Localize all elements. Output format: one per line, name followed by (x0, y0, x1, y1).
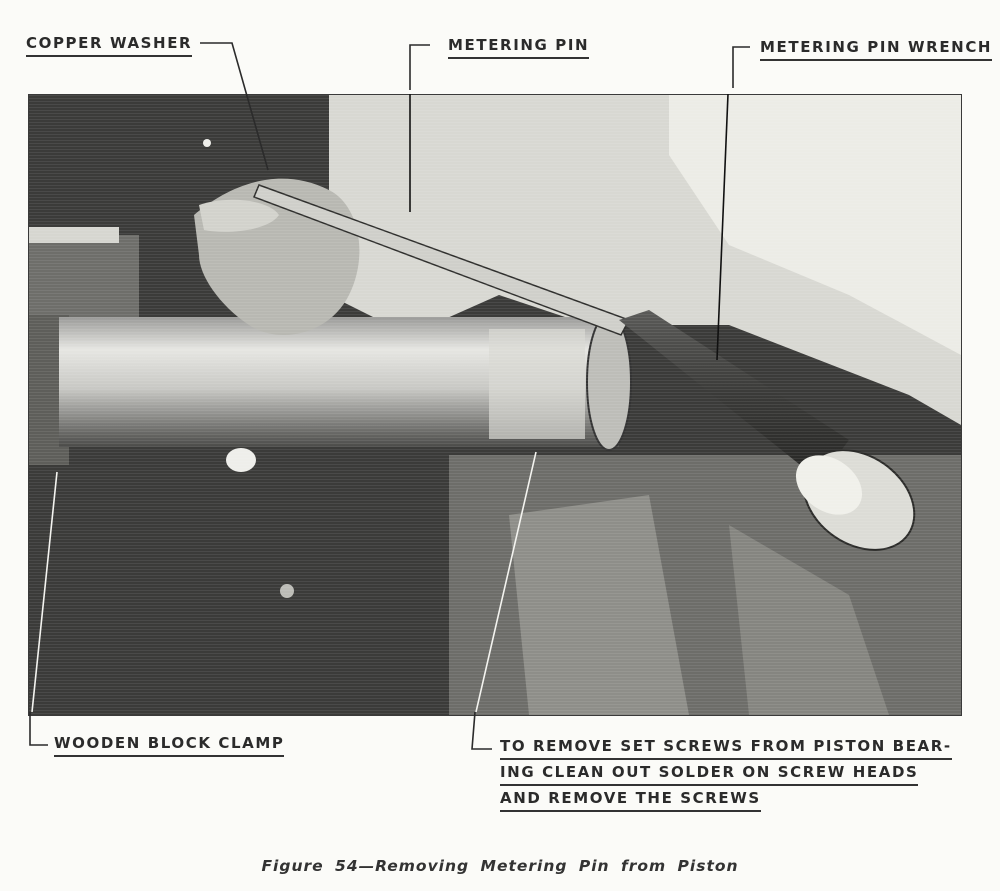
callout-wooden-block-clamp-text: WOODEN BLOCK CLAMP (54, 734, 284, 757)
callout-copper-washer: COPPER WASHER (26, 34, 192, 57)
callout-wooden-block-clamp: WOODEN BLOCK CLAMP (54, 734, 284, 757)
callout-set-screws-note: TO REMOVE SET SCREWS FROM PISTON BEAR- I… (500, 737, 952, 815)
note-line: ING CLEAN OUT SOLDER ON SCREW HEADS (500, 763, 952, 781)
figure-photo (28, 94, 962, 716)
figure-caption: Figure 54—Removing Metering Pin from Pis… (0, 857, 1000, 875)
callout-metering-pin-wrench-text: METERING PIN WRENCH (760, 38, 992, 61)
photo-illustration (29, 95, 961, 715)
note-line: AND REMOVE THE SCREWS (500, 789, 952, 807)
callout-metering-pin-wrench: METERING PIN WRENCH (760, 38, 992, 61)
callout-copper-washer-text: COPPER WASHER (26, 34, 192, 57)
callout-metering-pin-text: METERING PIN (448, 36, 589, 59)
callout-metering-pin: METERING PIN (448, 36, 589, 59)
note-line: TO REMOVE SET SCREWS FROM PISTON BEAR- (500, 737, 952, 755)
